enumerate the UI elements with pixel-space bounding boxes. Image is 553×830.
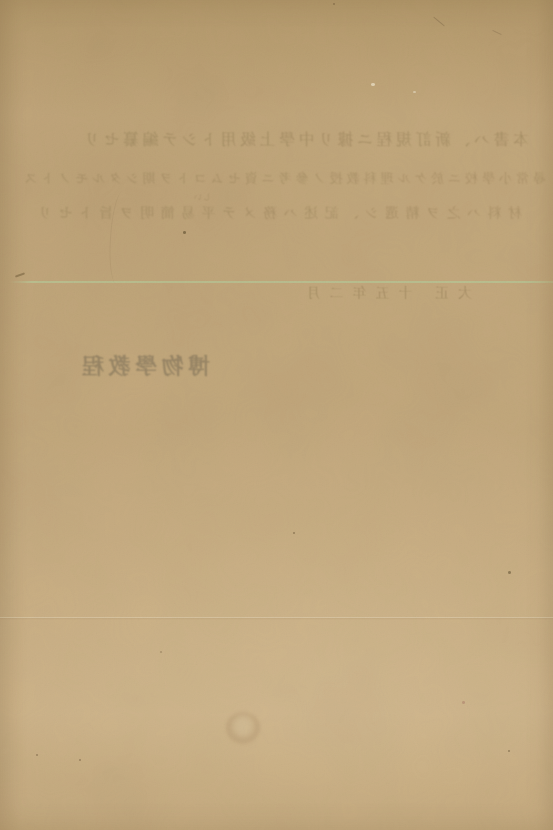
paper-speck [462,701,465,704]
showthrough-date-line: 大正 十五年二月 [292,283,472,303]
showthrough-text-line-3: 材料ハ之ヲ精選シ、記述ハ務メテ平易簡明ヲ旨トセリ [24,203,522,223]
paper-speck [293,532,295,534]
paper-speck [160,651,162,653]
paper-fiber [15,272,25,277]
stain [226,712,260,744]
showthrough-furigana: しい [193,192,211,203]
paper-speck [183,231,186,234]
paper-speck [413,91,416,93]
paper-speck [508,571,511,574]
crease-line [0,617,553,618]
paper-fiber [433,17,444,27]
paper-fiber [492,30,501,35]
paper-grain-texture [0,0,553,830]
paper-speck [79,759,81,761]
paper-speck [508,750,510,752]
paper-speck [36,754,38,756]
showthrough-title-stamp: 博物學教程 [76,350,210,381]
showthrough-text-line-2: 尋常小學校ニ於ケル理科教授ノ參考ニ資セムコトヲ期シタルモノトス [24,168,546,187]
paper-speck [371,83,375,86]
showthrough-text-line-1: 本書ハ、新訂規程ニ據リ中學上級用トシテ編纂セリ [73,127,529,150]
paper-speck [333,3,335,5]
scanned-book-page: 本書ハ、新訂規程ニ據リ中學上級用トシテ編纂セリ 尋常小學校ニ於ケル理科教授ノ參考… [0,0,553,830]
